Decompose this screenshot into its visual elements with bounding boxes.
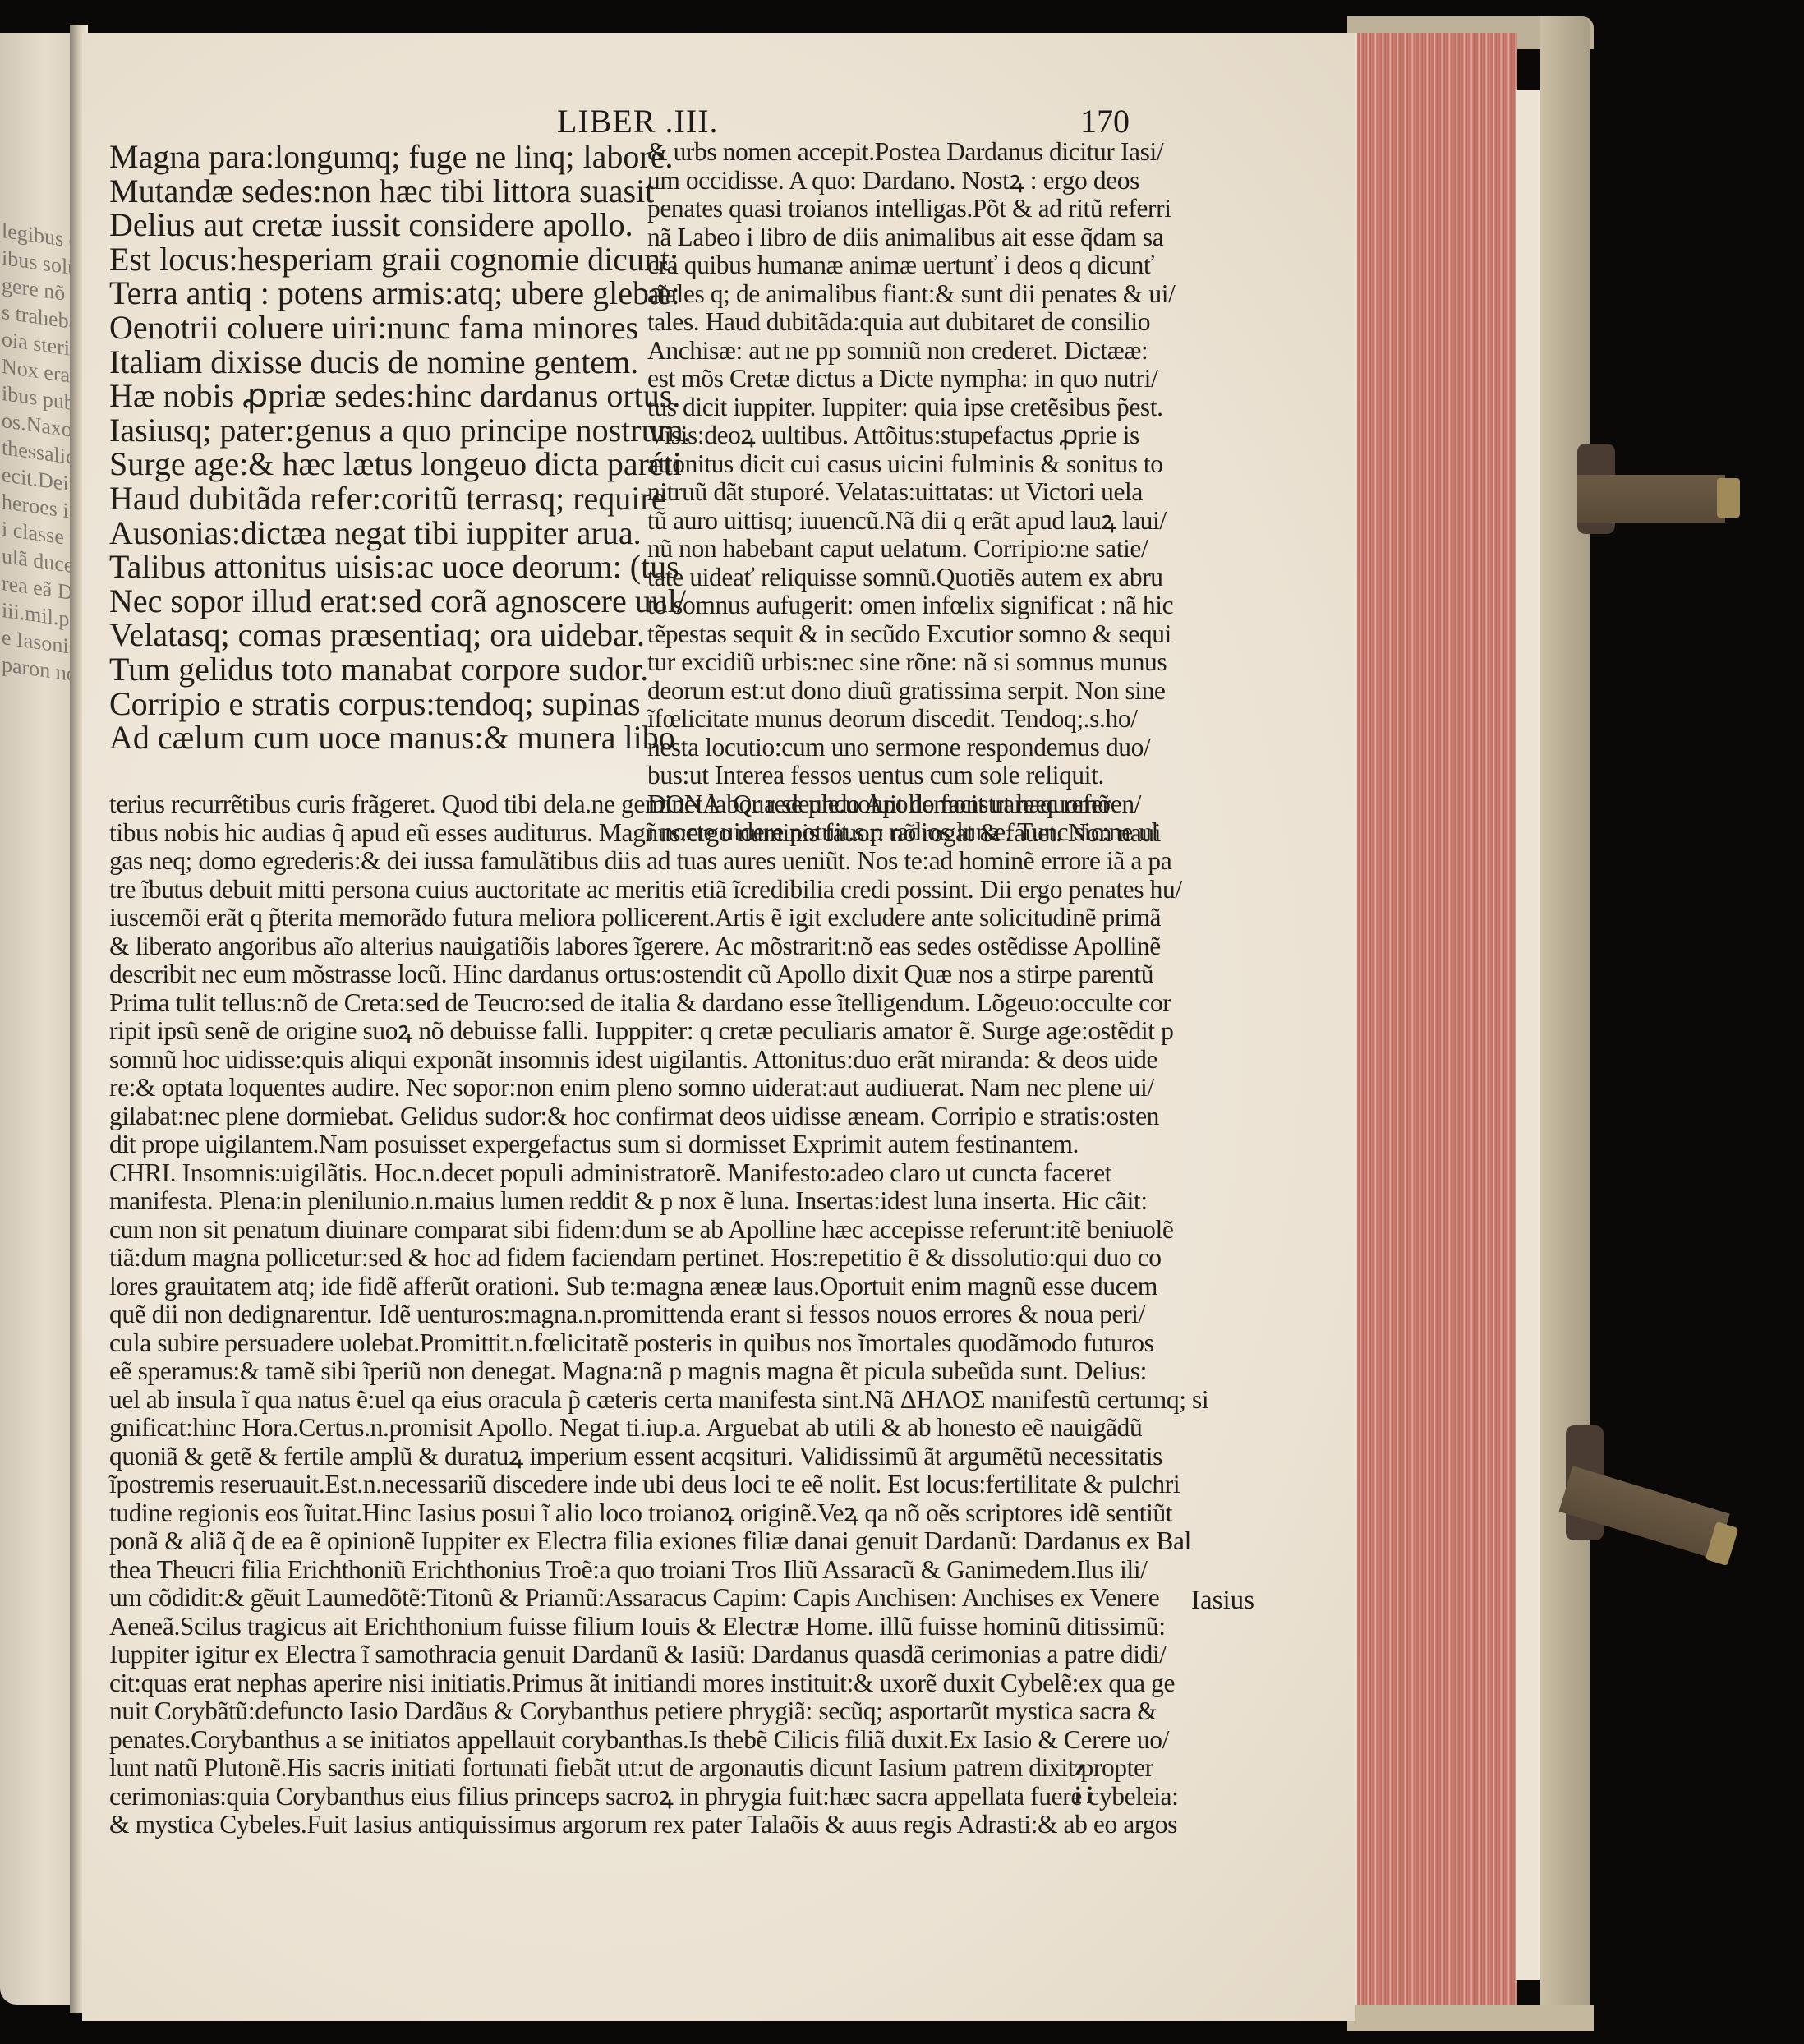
- commentary-line: somnũ hoc uidisse:quis aliqui exponãt in…: [109, 1046, 1194, 1075]
- verse-line: Ausonias:dictæa negat tibi iuppiter arua…: [109, 516, 668, 550]
- commentary-line: attonitus dicit cui casus uicini fulmini…: [647, 450, 1190, 479]
- clasp-catch-icon: [1717, 478, 1740, 518]
- verse-line: Tum gelidus toto manabat corpore sudor.: [109, 652, 668, 687]
- book-number: LIBER .III.: [557, 102, 719, 140]
- commentary-line: quẽ dii non dedignarentur. Idẽ uenturos:…: [109, 1301, 1194, 1329]
- commentary-line: gilabat:nec plene dormiebat. Gelidus sud…: [109, 1103, 1194, 1131]
- marginal-note: Iasius: [1191, 1586, 1254, 1616]
- commentary-line: quoniã & getẽ & fertile amplũ & duratuꝝ …: [109, 1443, 1194, 1471]
- commentary-line: lores grauitatem atq; ide fidẽ afferũt o…: [109, 1273, 1194, 1301]
- verse-line: Talibus attonitus uisis:ac uoce deorum: …: [109, 550, 668, 584]
- commentary-line: & mystica Cybeles.Fuit Iasius antiquissi…: [109, 1811, 1194, 1839]
- commentary-line: um cõdidit:& gẽuit Laumedõtẽ:Titonũ & Pr…: [109, 1584, 1194, 1613]
- commentary-line: cula subire persuadere uolebat.Promittit…: [109, 1329, 1194, 1358]
- commentary-line: ripit ipsũ senẽ de origine suoꝝ nõ debui…: [109, 1017, 1194, 1046]
- commentary-line: gnificat:hinc Hora.Certus.n.promisit Apo…: [109, 1414, 1194, 1443]
- commentary-line: terius recurrẽtibus curis frãgeret. Quod…: [109, 790, 1194, 819]
- facing-page-edge: legibus deputa. Subin ibus solũ:sed arbo…: [0, 33, 76, 2005]
- commentary-line: deorum est:ut dono diuũ gratissima serpi…: [647, 677, 1190, 706]
- commentary-line: nã Labeo i libro de diis animalibus ait …: [647, 223, 1190, 252]
- verse-line: Surge age:& hæc lætus longeuo dicta paré…: [109, 447, 668, 481]
- commentary-line: nũ non habebant caput uelatum. Corripio:…: [647, 535, 1190, 564]
- commentary-line: ponã & aliã q̃ de ea ẽ opinionẽ Iuppiter…: [109, 1527, 1194, 1556]
- verse-line: Italiam dixisse ducis de nomine gentem.: [109, 345, 668, 380]
- red-stained-fore-edge: [1355, 33, 1517, 2005]
- commentary-line: dit prope uigilantem.Nam posuisset exper…: [109, 1130, 1194, 1159]
- commentary-line: & liberato angoribus aĩo alterius nauiga…: [109, 932, 1194, 961]
- verse-column: Magna para:longumq; fuge ne linq; laboré…: [109, 140, 668, 755]
- verse-line: Oenotrii coluere uiri:nunc fama minores: [109, 311, 668, 345]
- commentary-line: Aeneã.Scilus tragicus ait Erichthonium f…: [109, 1613, 1194, 1641]
- commentary-line: tate uideať reliquisse somnũ.Quotiẽs aut…: [647, 564, 1190, 592]
- verse-line: Velatasq; comas præsentiaq; ora uidebar.: [109, 618, 668, 652]
- commentary-line: tales. Haud dubitãda:quia aut dubitaret …: [647, 308, 1190, 337]
- commentary-line: um occidisse. A quo: Dardano. Nostꝝ : er…: [647, 167, 1190, 196]
- commentary-line: tũ auro uittisq; iuuencũ.Nã dii q erãt a…: [647, 507, 1190, 536]
- verse-line: Iasiusq; pater:genus a quo principe nost…: [109, 413, 668, 448]
- binding-bottom-edge: [1347, 2005, 1594, 2031]
- verse-line: Nec sopor illud erat:sed corã agnoscere …: [109, 584, 668, 619]
- commentary-line: Prima tulit tellus:nõ de Creta:sed de Te…: [109, 989, 1194, 1018]
- verse-line: Hæ nobis ꝓpriæ sedes:hinc dardanus ortus…: [109, 379, 668, 413]
- book-page: LIBER .III. 170 Magna para:longumq; fuge…: [82, 33, 1355, 2021]
- commentary-line: tudine regionis eos ĩuitat.Hinc Iasius p…: [109, 1499, 1194, 1528]
- folio-number: 170: [1080, 102, 1130, 140]
- vellum-binding: [1540, 16, 1590, 2021]
- commentary-line: cerimonias:quia Corybanthus eius filius …: [109, 1783, 1194, 1812]
- commentary-line: tẽpestas sequit & in secũdo Excutior som…: [647, 620, 1190, 649]
- commentary-line: nesta locutio:cum uno sermone respondemu…: [647, 734, 1190, 762]
- verse-line: Haud dubitãda refer:coritũ terrasq; requ…: [109, 481, 668, 516]
- commentary-line: cit:quas erat nephas aperire nisi initia…: [109, 1669, 1194, 1698]
- clasp-strap: [1577, 475, 1725, 523]
- commentary-line: Iuppiter igitur ex Electra ĩ samothracia…: [109, 1641, 1194, 1669]
- commentary-line: manifesta. Plena:in plenilunio.n.maius l…: [109, 1187, 1194, 1216]
- verse-line: Est locus:hesperiam graii cognomie dicun…: [109, 242, 668, 277]
- commentary-line: cra quibus humanæ animæ uertunť i deos q…: [647, 251, 1190, 280]
- commentary-line: tiã:dum magna pollicetur:sed & hoc ad fi…: [109, 1244, 1194, 1273]
- commentary-line: iuscemõi erãt q p̃terita memorãdo futura…: [109, 904, 1194, 932]
- commentary-line: est mõs Cretæ dictus a Dicte nympha: in …: [647, 365, 1190, 394]
- commentary-line: lunt natũ Plutonẽ.His sacris initiati fo…: [109, 1754, 1194, 1783]
- commentary-full-width: terius recurrẽtibus curis frãgeret. Quod…: [109, 790, 1194, 1839]
- commentary-line: to somnus aufugerit: omen infœlix signif…: [647, 592, 1190, 620]
- commentary-line: ĩfœlicitate munus deorum discedit. Tendo…: [647, 705, 1190, 734]
- commentary-line: Anchisæ: aut ne pp somniũ non crederet. …: [647, 337, 1190, 366]
- verse-line: Corripio e stratis corpus:tendoq; supina…: [109, 687, 668, 721]
- commentary-line: tur excidiũ urbis:nec sine rõne: nã si s…: [647, 648, 1190, 677]
- commentary-line: nitruũ dãt stuporé. Velatas:uittatas: ut…: [647, 478, 1190, 507]
- commentary-right-column: & urbs nomen accepit.Postea Dardanus dic…: [647, 138, 1190, 847]
- commentary-line: bus:ut Interea fessos uentus cum sole re…: [647, 762, 1190, 790]
- commentary-line: cum non sit penatum diuinare comparat si…: [109, 1216, 1194, 1245]
- commentary-line: thea Theucri filia Erichthoniũ Erichthon…: [109, 1556, 1194, 1585]
- verse-line: Terra antiq : potens armis:atq; ubere gl…: [109, 276, 668, 311]
- signature-mark: z ii: [1075, 1754, 1098, 1810]
- commentary-line: Visis:deoꝝ uultibus. Attõitus:stupefactu…: [647, 421, 1190, 450]
- commentary-line: tibus nobis hic audias q̃ apud eũ esses …: [109, 819, 1194, 848]
- commentary-line: & urbs nomen accepit.Postea Dardanus dic…: [647, 138, 1190, 167]
- commentary-line: re:& optata loquentes audire. Nec sopor:…: [109, 1074, 1194, 1103]
- verse-line: Mutandæ sedes:non hæc tibi littora suasi…: [109, 174, 668, 209]
- commentary-line: penates.Corybanthus a se initiatos appel…: [109, 1726, 1194, 1755]
- commentary-line: aĩales q; de animalibus fiant:& sunt dii…: [647, 280, 1190, 309]
- commentary-line: gas neq; domo egrederis:& dei iussa famu…: [109, 847, 1194, 876]
- commentary-line: tre ĩbutus debuit mitti persona cuius au…: [109, 876, 1194, 905]
- commentary-line: eẽ speramus:& tamẽ sibi ĩperiũ non deneg…: [109, 1357, 1194, 1386]
- commentary-line: CHRI. Insomnis:uigilãtis. Hoc.n.decet po…: [109, 1159, 1194, 1188]
- commentary-line: ĩpostremis reseruauit.Est.n.necessariũ d…: [109, 1471, 1194, 1499]
- verse-line: Magna para:longumq; fuge ne linq; laboré…: [109, 140, 668, 174]
- commentary-line: describit nec eum mõstrasse locũ. Hinc d…: [109, 960, 1194, 989]
- verse-line: Ad cælum cum uoce manus:& munera libo: [109, 720, 668, 755]
- page-block-edge: [1516, 90, 1540, 1980]
- commentary-line: tus dicit iuppiter. Iuppiter: quia ipse …: [647, 394, 1190, 422]
- facing-page-text: legibus deputa. Subin ibus solũ:sed arbo…: [0, 33, 76, 683]
- verse-line: Delius aut cretæ iussit considere apollo…: [109, 208, 668, 242]
- commentary-line: penates quasi troianos intelligas.Põt & …: [647, 195, 1190, 223]
- commentary-line: nuit Corybãtũ:defuncto Iasio Dardãus & C…: [109, 1697, 1194, 1726]
- commentary-line: uel ab insula ĩ qua natus ẽ:uel qa eius …: [109, 1386, 1194, 1415]
